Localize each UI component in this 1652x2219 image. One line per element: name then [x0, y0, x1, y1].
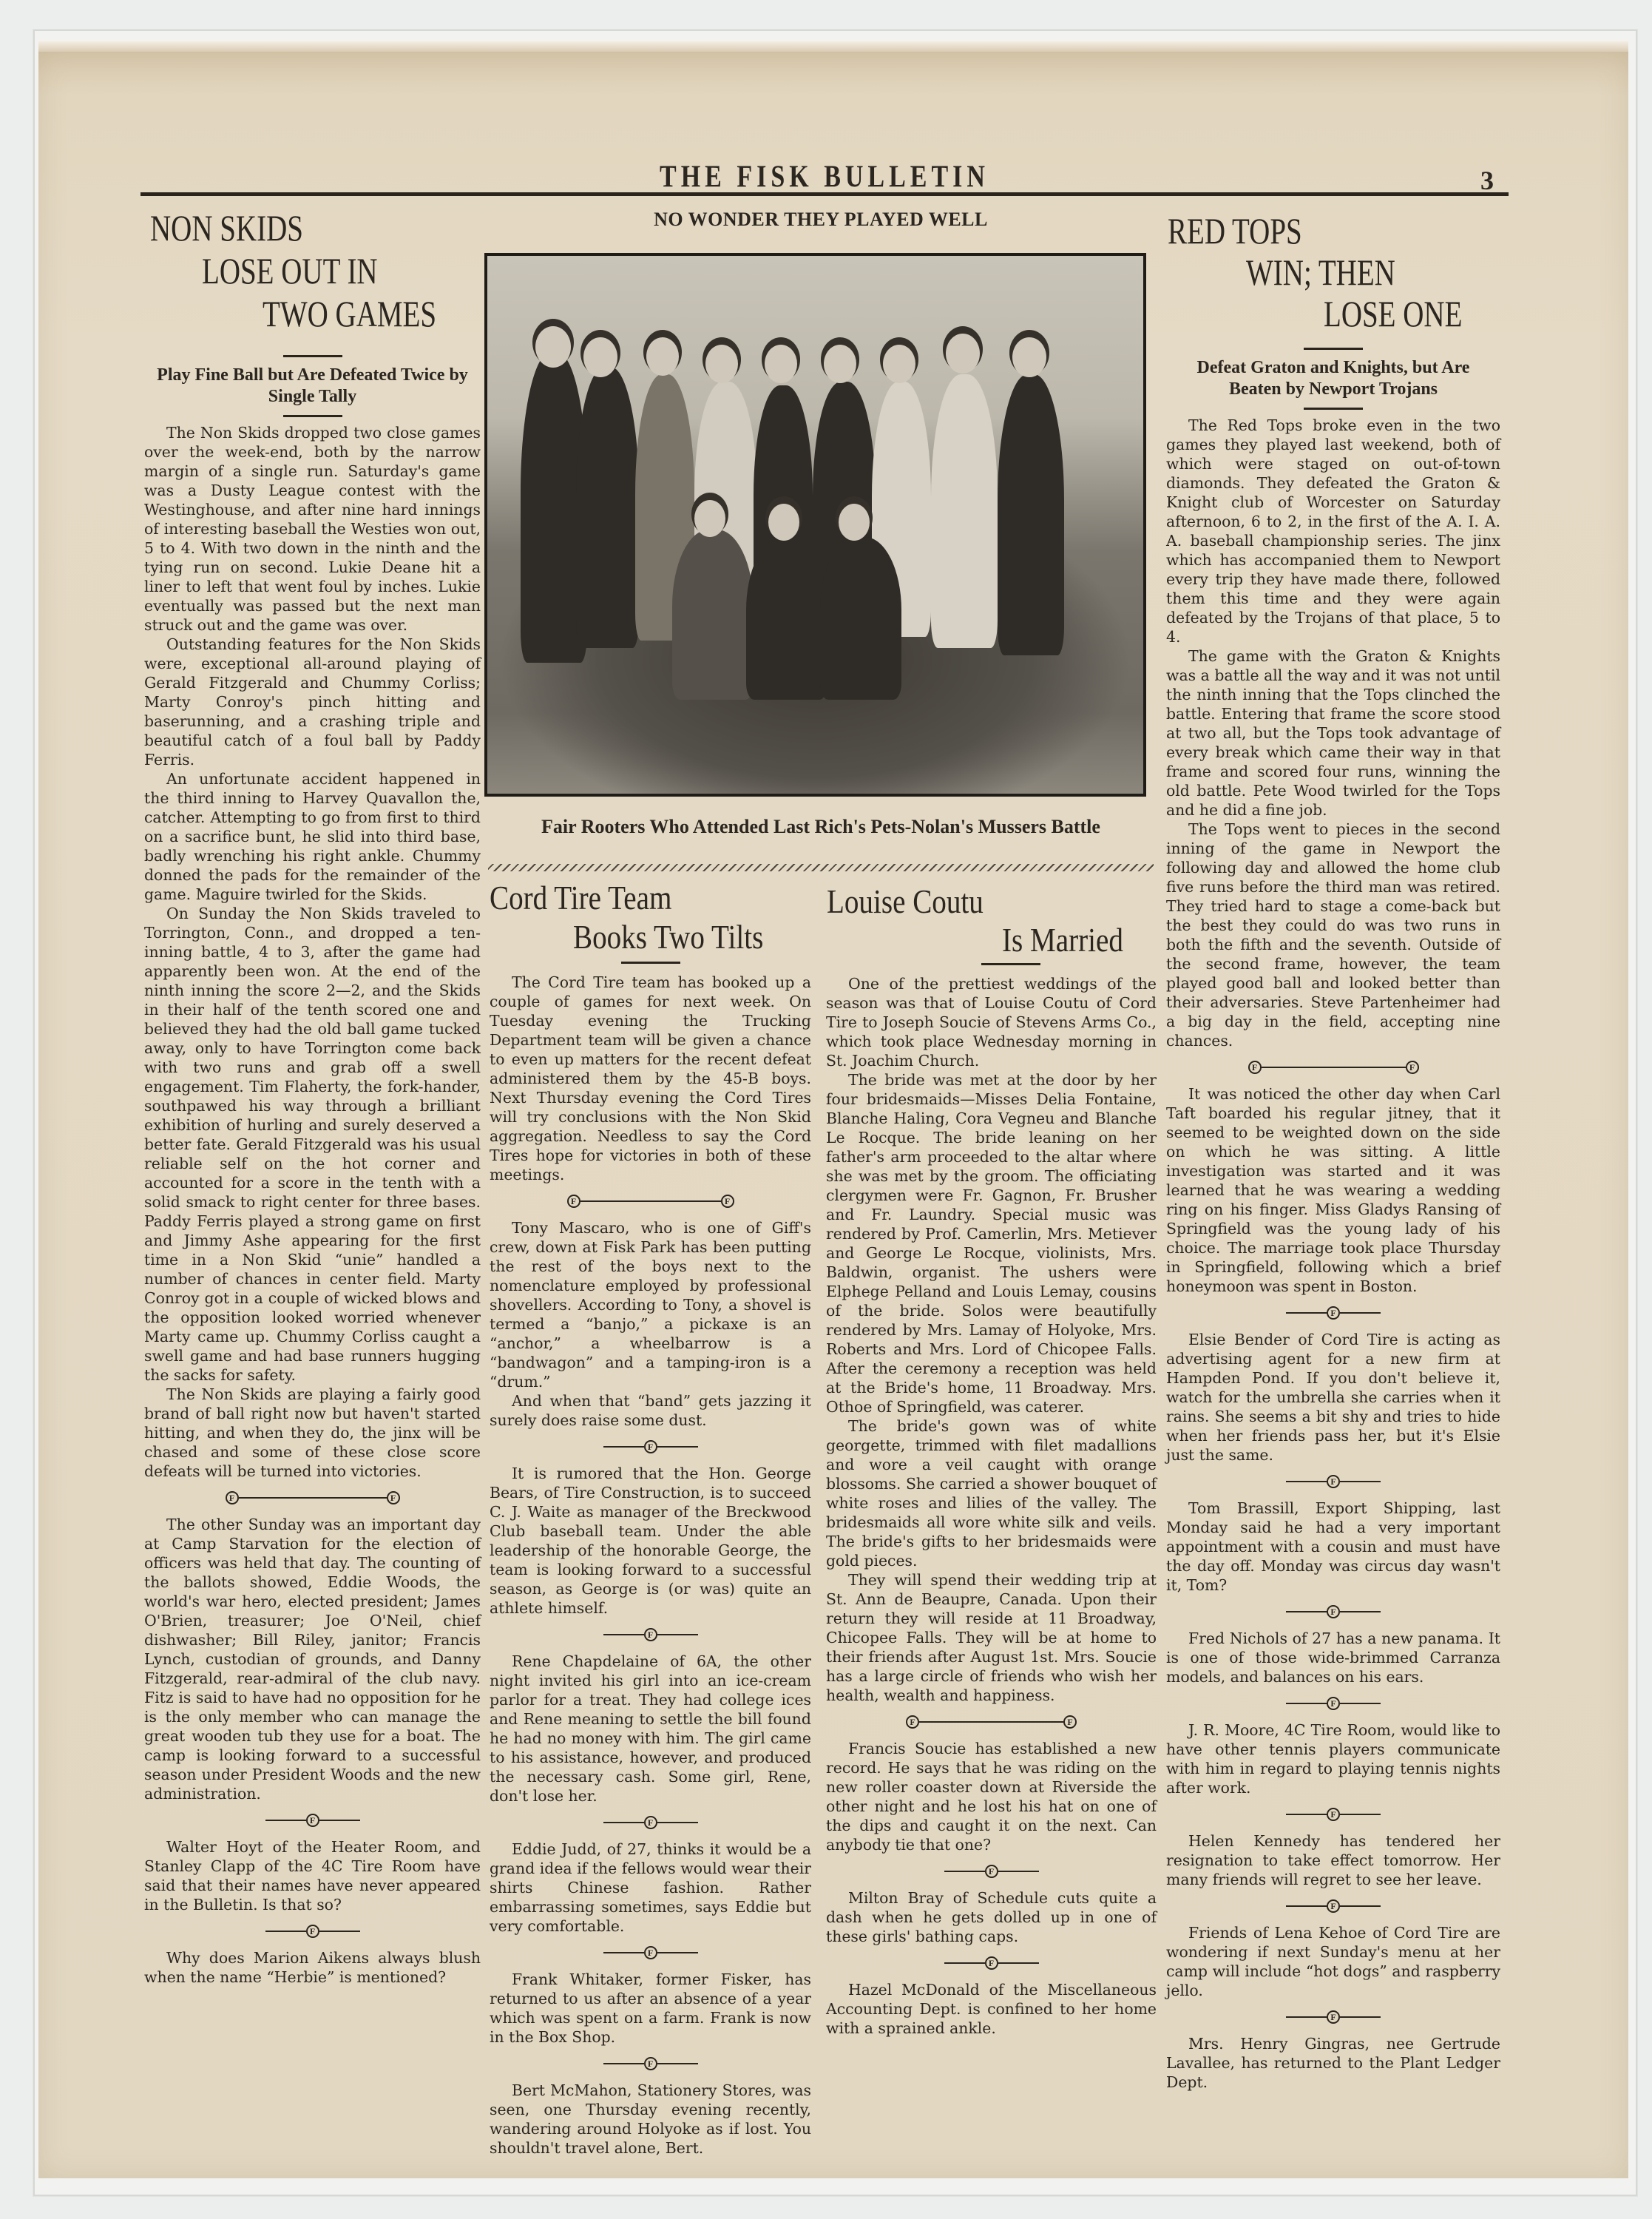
cord-tire-headline-line: Cord Tire Team	[490, 877, 671, 919]
paragraph: The Non Skids dropped two close games ov…	[144, 423, 481, 635]
divider	[1304, 348, 1363, 350]
paragraph: The bride was met at the door by her fou…	[826, 1070, 1157, 1416]
separator: F	[1166, 1899, 1500, 1913]
separator: F	[1166, 1306, 1500, 1320]
news-item: Friends of Lena Kehoe of Cord Tire are w…	[1166, 1923, 1500, 2000]
news-item: Mrs. Henry Gingras, nee Gertrude Lavalle…	[1166, 2034, 1500, 2092]
paragraph: The Tops went to pieces in the second in…	[1166, 820, 1500, 1050]
news-item: Francis Soucie has established a new rec…	[826, 1739, 1157, 1854]
wavy-rule	[488, 864, 1154, 871]
paragraph: The Non Skids are playing a fairly good …	[144, 1385, 481, 1481]
fisk-f-icon: F	[644, 1816, 657, 1829]
divider	[1304, 408, 1363, 410]
paragraph: They will spend their wedding trip at St…	[826, 1570, 1157, 1705]
paragraph: The bride's gown was of white georgette,…	[826, 1416, 1157, 1570]
fisk-f-icon: F	[721, 1195, 734, 1208]
fisk-f-icon: F	[1327, 1605, 1340, 1618]
fisk-f-icon: F	[1327, 1697, 1340, 1710]
separator: F	[1166, 1605, 1500, 1618]
fisk-f-icon: F	[1406, 1061, 1419, 1074]
news-item: J. R. Moore, 4C Tire Room, would like to…	[1166, 1720, 1500, 1797]
fisk-f-icon: F	[644, 1440, 657, 1453]
news-item: Tom Brassill, Export Shipping, last Mond…	[1166, 1499, 1500, 1595]
news-item: Helen Kennedy has tendered her resignati…	[1166, 1831, 1500, 1889]
separator-long: FF	[826, 1715, 1157, 1729]
paragraph: Outstanding features for the Non Skids w…	[144, 635, 481, 769]
photo-feature-title: NO WONDER THEY PLAYED WELL	[481, 209, 1161, 231]
news-item: The other Sunday was an important day at…	[144, 1515, 481, 1803]
separator: F	[1166, 1475, 1500, 1488]
wedding-headline-line: Louise Coutu	[827, 880, 984, 923]
divider	[283, 415, 342, 417]
news-item: Milton Bray of Schedule cuts quite a das…	[826, 1888, 1157, 1946]
photo-caption: Fair Rooters Who Attended Last Rich's Pe…	[481, 814, 1161, 840]
news-item: Frank Whitaker, former Fisker, has retur…	[490, 1970, 811, 2047]
cord-tire-headline-line: Books Two Tilts	[573, 916, 763, 959]
cord-tire-article: The Cord Tire team has booked up a coupl…	[490, 962, 811, 2158]
fisk-f-icon: F	[226, 1491, 239, 1504]
paragraph: An unfortunate accident happened in the …	[144, 769, 481, 904]
news-item: Rene Chapdelaine of 6A, the other night …	[490, 1652, 811, 1806]
news-item: It is rumored that the Hon. George Bears…	[490, 1464, 811, 1618]
fisk-f-icon: F	[1327, 1899, 1340, 1913]
paragraph: The game with the Graton & Knights was a…	[1166, 646, 1500, 820]
right-article: RED TOPS WIN; THEN LOSE ONE Defeat Grato…	[1166, 207, 1500, 2092]
fisk-f-icon: F	[1327, 2010, 1340, 2024]
separator: F	[826, 1865, 1157, 1878]
publication-title: THE FISK BULLETIN	[141, 160, 1509, 195]
news-item: It was noticed the other day when Carl T…	[1166, 1084, 1500, 1296]
news-item: Why does Marion Aikens always blush when…	[144, 1948, 481, 1987]
fisk-f-icon: F	[1327, 1306, 1340, 1320]
separator: F	[490, 2057, 811, 2070]
divider	[981, 963, 1040, 965]
group-photo	[484, 253, 1146, 797]
news-item: Elsie Bender of Cord Tire is acting as a…	[1166, 1330, 1500, 1465]
fisk-f-icon: F	[985, 1865, 998, 1878]
separator: F	[1166, 1697, 1500, 1710]
headline-line: NON SKIDS	[150, 207, 303, 249]
separator: F	[490, 1440, 811, 1453]
paragraph: And when that “band” gets jazzing it sur…	[490, 1391, 811, 1430]
fisk-f-icon: F	[306, 1925, 319, 1938]
separator: F	[144, 1925, 481, 1938]
right-subhead: Defeat Graton and Knights, but Are Beate…	[1166, 357, 1500, 400]
separator-long: FF	[490, 1195, 811, 1208]
separator: F	[490, 1816, 811, 1829]
fisk-f-icon: F	[567, 1195, 580, 1208]
news-item: Fred Nichols of 27 has a new panama. It …	[1166, 1629, 1500, 1686]
fisk-f-icon: F	[1248, 1061, 1262, 1074]
left-subhead: Play Fine Ball but Are Defeated Twice by…	[144, 365, 481, 408]
news-item: Bert McMahon, Stationery Stores, was see…	[490, 2081, 811, 2158]
divider	[621, 962, 680, 964]
separator: F	[1166, 1808, 1500, 1821]
fisk-f-icon: F	[644, 1946, 657, 1959]
headline-line: TWO GAMES	[263, 293, 436, 334]
headline-line: RED TOPS	[1168, 210, 1302, 251]
separator: F	[490, 1946, 811, 1959]
fisk-f-icon: F	[906, 1715, 919, 1729]
paragraph: The Cord Tire team has booked up a coupl…	[490, 973, 811, 1184]
headline-line: LOSE OUT IN	[202, 250, 378, 291]
left-headline: NON SKIDS LOSE OUT IN TWO GAMES	[144, 207, 481, 348]
divider	[283, 355, 342, 357]
separator: F	[826, 1956, 1157, 1970]
fisk-f-icon: F	[1327, 1808, 1340, 1821]
news-item: Eddie Judd, of 27, thinks it would be a …	[490, 1840, 811, 1936]
wedding-headline-line: Is Married	[1002, 919, 1123, 962]
headline-line: LOSE ONE	[1324, 293, 1462, 334]
fisk-f-icon: F	[985, 1956, 998, 1970]
paragraph: One of the prettiest weddings of the sea…	[826, 974, 1157, 1070]
masthead-rule	[141, 192, 1509, 196]
wedding-article: One of the prettiest weddings of the sea…	[826, 962, 1157, 2038]
masthead: THE FISK BULLETIN 3	[141, 159, 1509, 196]
news-item: Hazel McDonald of the Miscellaneous Acco…	[826, 1980, 1157, 2038]
separator: F	[490, 1628, 811, 1641]
fisk-f-icon: F	[644, 2057, 657, 2070]
fisk-f-icon: F	[644, 1628, 657, 1641]
news-item: Walter Hoyt of the Heater Room, and Stan…	[144, 1837, 481, 1914]
fisk-f-icon: F	[1063, 1715, 1077, 1729]
news-item: Tony Mascaro, who is one of Giff's crew,…	[490, 1218, 811, 1391]
right-headline: RED TOPS WIN; THEN LOSE ONE	[1166, 207, 1500, 340]
paragraph: On Sunday the Non Skids traveled to Torr…	[144, 904, 481, 1385]
fisk-f-icon: F	[1327, 1475, 1340, 1488]
separator-long: FF	[1166, 1061, 1500, 1074]
left-article: NON SKIDS LOSE OUT IN TWO GAMES Play Fin…	[144, 207, 481, 1987]
fisk-f-icon: F	[387, 1491, 400, 1504]
page-number: 3	[1480, 165, 1494, 196]
separator-long: FF	[144, 1491, 481, 1504]
separator: F	[1166, 2010, 1500, 2024]
paragraph: The Red Tops broke even in the two games…	[1166, 416, 1500, 646]
separator: F	[144, 1814, 481, 1827]
fisk-f-icon: F	[306, 1814, 319, 1827]
headline-line: WIN; THEN	[1246, 251, 1395, 293]
